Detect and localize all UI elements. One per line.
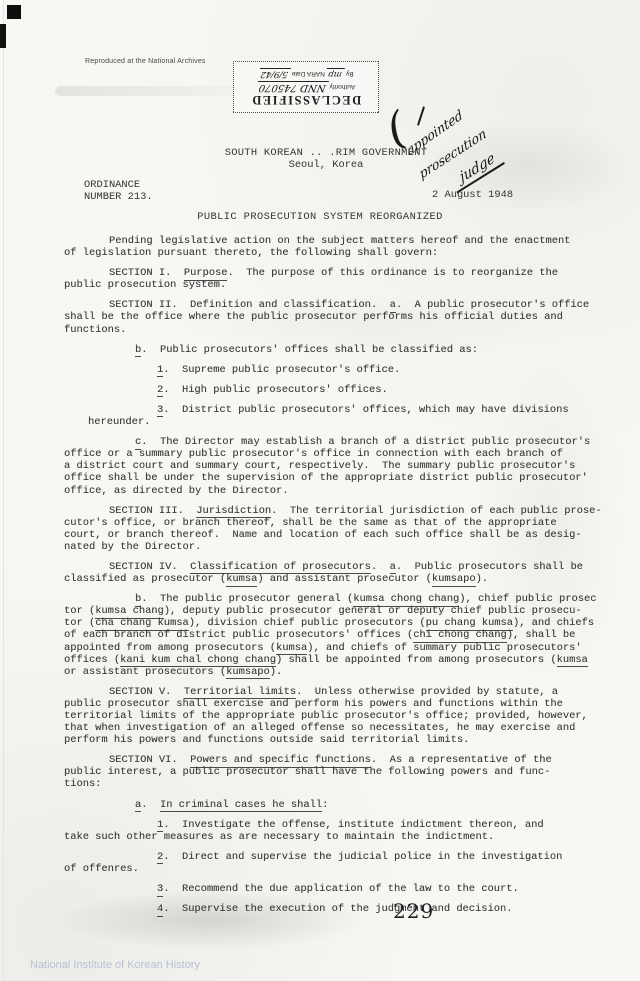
text-run: ).: [476, 573, 488, 585]
text-run: . Investigate the offense, institute ind…: [163, 819, 543, 831]
text-run: SECTION III.: [109, 505, 196, 517]
text-run: SECTION II. Definition and classificatio…: [109, 299, 390, 311]
stamp-authority-label: Authority: [330, 84, 356, 91]
stamp-by-handwritten-initials: mp: [326, 69, 345, 80]
document-line: b. The public prosecutor general (kumsa …: [135, 593, 616, 605]
document-line: cutor's office, or branch thereof, shall…: [64, 517, 616, 529]
header-location: Seoul, Korea: [0, 159, 640, 171]
text-run: tor (: [64, 605, 95, 617]
text-run: of legislation pursuant thereto, the fol…: [64, 247, 438, 259]
document-line: nated by the Director.: [64, 541, 616, 553]
ordinance-date: 2 August 1948: [432, 189, 513, 201]
scanned-document-page: Reproduced at the National Archives DECL…: [0, 0, 640, 981]
text-run: public prosecution system.: [64, 279, 226, 291]
text-run: SECTION I.: [109, 267, 184, 279]
document-line: court, or branch thereof. Name and locat…: [64, 529, 616, 541]
document-line: office or a summary public prosecutor's …: [64, 448, 616, 460]
stamp-nara-date-label: NARA Date: [292, 71, 325, 78]
text-run: . The public prosecutor general (: [141, 593, 353, 605]
document-line: tions:: [64, 778, 616, 790]
text-run: . Supreme public prosecutor's office.: [163, 364, 400, 376]
document-line: that when investigation of an alleged of…: [64, 722, 616, 734]
document-line: 1. Investigate the offense, institute in…: [157, 819, 616, 831]
handwritten-stroke: [417, 106, 425, 126]
stamp-authority-handwritten-value: NND 745070: [256, 82, 329, 93]
document-line: SECTION I. Purpose. The purpose of this …: [109, 267, 616, 279]
text-run: ), shall be: [507, 629, 576, 641]
government-header: SOUTH KOREAN .. .RIM GOVERNMENT: [0, 147, 640, 159]
text-run: . Unless otherwise provided by statute, …: [296, 686, 558, 698]
document-line: perform his powers and functions outside…: [64, 734, 616, 746]
document-line: c. The Director may establish a branch o…: [135, 436, 616, 448]
document-line: tor (kumsa chang), deputy public prosecu…: [64, 605, 616, 617]
text-run: that when investigation of an alleged of…: [64, 722, 575, 734]
text-run: of offenres.: [64, 863, 139, 875]
document-line: shall be the office where the public pro…: [64, 311, 616, 323]
document-line: tor (cha chang kumsa), division chief pu…: [64, 617, 616, 629]
document-line: Pending legislative action on the subjec…: [109, 235, 616, 247]
document-body: Pending legislative action on the subjec…: [64, 235, 616, 915]
text-run: . Recommend the due application of the l…: [163, 883, 518, 895]
text-run: perform his powers and functions outside…: [64, 734, 469, 746]
document-line: 3. District public prosecutors' offices,…: [157, 404, 616, 416]
stamp-by-label: By: [346, 71, 354, 78]
underlined-text-run: kumsapo: [432, 573, 476, 587]
text-run: nated by the Director.: [64, 541, 201, 553]
text-run: ), and chiefs: [513, 617, 594, 629]
document-line: or assistant prosecutors (kumsapo).: [64, 666, 616, 678]
document-line: of offenres.: [64, 863, 616, 875]
document-line: 4. Supervise the execution of the judgme…: [157, 903, 616, 915]
text-run: office, as directed by the Director.: [64, 485, 288, 497]
text-run: functions.: [64, 324, 126, 336]
document-line: public prosecutor shall exercise and per…: [64, 698, 616, 710]
archives-reproduction-label: Reproduced at the National Archives: [85, 58, 206, 65]
text-run: office shall be under the supervision of…: [64, 472, 588, 484]
ordinance-label: ORDINANCE: [84, 180, 153, 192]
document-line: hereunder.: [88, 416, 616, 428]
text-run: tions:: [64, 778, 101, 790]
text-run: ) shall be appointed from among prosecut…: [276, 654, 557, 666]
text-run: . A public prosecutor's office: [396, 299, 589, 311]
document-line: public prosecution system.: [64, 279, 616, 291]
document-line: office shall be under the supervision of…: [64, 472, 616, 484]
text-run: classified as prosecutor (: [64, 573, 226, 585]
scan-smudge: [55, 86, 240, 96]
text-run: or assistant prosecutors (: [64, 666, 226, 678]
document-line: b. Public prosecutors' offices shall be …: [135, 344, 616, 356]
document-line: 2. Direct and supervise the judicial pol…: [157, 851, 616, 863]
text-run: :: [322, 799, 328, 811]
text-run: . Public prosecutors' offices shall be c…: [141, 344, 478, 356]
text-run: territorial limits of the appropriate pu…: [64, 710, 588, 722]
declassified-stamp: DECLASSIFIED Authority NND 745070 By mp …: [233, 61, 379, 113]
document-line: territorial limits of the appropriate pu…: [64, 710, 616, 722]
text-run: Pending legislative action on the subjec…: [109, 235, 570, 247]
text-run: ).: [270, 666, 282, 678]
document-line: offices (kani kum chal chong chang) shal…: [64, 654, 616, 666]
text-run: court, or branch thereof. Name and locat…: [64, 529, 582, 541]
document-line: SECTION III. Jurisdiction. The territori…: [109, 505, 616, 517]
text-run: ), deputy public prosecutor general or d…: [164, 605, 582, 617]
text-run: . High public prosecutors' offices.: [163, 384, 387, 396]
text-run: cutor's office, or branch thereof, shall…: [64, 517, 557, 529]
document-line: classified as prosecutor (kumsa) and ass…: [64, 573, 616, 585]
text-run: take such other measures as are necessar…: [64, 831, 494, 843]
document-title: PUBLIC PROSECUTION SYSTEM REORGANIZED: [0, 211, 640, 223]
document-line: take such other measures as are necessar…: [64, 831, 616, 843]
declassified-stamp-date-line: By mp NARA Date 5/9/42: [258, 68, 353, 81]
document-line: 1. Supreme public prosecutor's office.: [157, 364, 616, 376]
document-line: office, as directed by the Director.: [64, 485, 616, 497]
text-run: .: [141, 799, 160, 811]
underlined-text-run: kumsa: [557, 654, 588, 668]
underlined-text-run: kumsa: [226, 573, 257, 587]
document-line: of legislation pursuant thereto, the fol…: [64, 247, 616, 259]
text-run: of each branch of district public prosec…: [64, 629, 413, 641]
text-run: ), chief public prosec: [459, 593, 596, 605]
text-run: SECTION IV.: [109, 561, 190, 573]
text-run: . As a representative of the: [371, 754, 552, 766]
text-run: .: [371, 561, 390, 573]
text-run: shall be the office where the public pro…: [64, 311, 563, 323]
scan-artifact-edge-mark: [0, 24, 6, 48]
declassified-stamp-title: DECLASSIFIED: [251, 94, 361, 107]
text-run: . The territorial jurisdiction of each p…: [271, 505, 601, 517]
declassified-stamp-authority-line: Authority NND 745070: [257, 81, 355, 94]
page-number: 229: [393, 899, 434, 923]
stamp-date-handwritten-value: 5/9/42: [257, 69, 290, 80]
document-line: functions.: [64, 324, 616, 336]
text-run: ) and assistant prosecutor (: [257, 573, 432, 585]
text-run: public prosecutor shall exercise and per…: [64, 698, 563, 710]
text-run: . Supervise the execution of the judgmen…: [163, 903, 512, 915]
document-line: SECTION VI. Powers and specific function…: [109, 754, 616, 766]
document-line: SECTION II. Definition and classificatio…: [109, 299, 616, 311]
text-run: SECTION V.: [109, 686, 184, 698]
document-line: SECTION IV. Classification of prosecutor…: [109, 561, 616, 573]
text-run: ), division chief public prosecutors (: [189, 617, 426, 629]
ordinance-number: NUMBER 213.: [84, 192, 153, 204]
ordinance-number-block: ORDINANCE NUMBER 213.: [84, 180, 153, 203]
document-line: SECTION V. Territorial limits. Unless ot…: [109, 686, 616, 698]
document-line: a district court and summary court, resp…: [64, 460, 616, 472]
text-run: office or a summary public prosecutor's …: [64, 448, 563, 460]
text-run: hereunder.: [88, 416, 150, 428]
text-run: a district court and summary court, resp…: [64, 460, 575, 472]
document-line: 2. High public prosecutors' offices.: [157, 384, 616, 396]
text-run: tor (: [64, 617, 95, 629]
text-run: appointed from among prosecutors (: [64, 642, 276, 654]
text-run: . The Director may establish a branch of…: [141, 436, 590, 448]
document-line: a. In criminal cases he shall:: [135, 799, 616, 811]
text-run: ), and chiefs of summary public prosecut…: [307, 642, 581, 654]
text-run: offices (: [64, 654, 120, 666]
underlined-text-run: In criminal cases he shall: [160, 799, 322, 813]
document-line: public interest, a public prosecutor sha…: [64, 766, 616, 778]
text-run: . Direct and supervise the judicial poli…: [163, 851, 562, 863]
document-line: appointed from among prosecutors (kumsa)…: [64, 642, 616, 654]
scan-artifact-corner-mark: [7, 5, 21, 19]
text-run: public interest, a public prosecutor sha…: [64, 766, 550, 778]
underlined-text-run: kumsapo: [226, 666, 270, 680]
text-run: . The purpose of this ordinance is to re…: [227, 267, 557, 279]
text-run: . District public prosecutors' offices, …: [163, 404, 568, 416]
document-line: 3. Recommend the due application of the …: [157, 883, 616, 895]
footer-attribution: National Institute of Korean History: [30, 959, 200, 971]
text-run: SECTION VI.: [109, 754, 190, 766]
text-run: . Public prosecutors shall be: [396, 561, 583, 573]
document-line: of each branch of district public prosec…: [64, 629, 616, 641]
